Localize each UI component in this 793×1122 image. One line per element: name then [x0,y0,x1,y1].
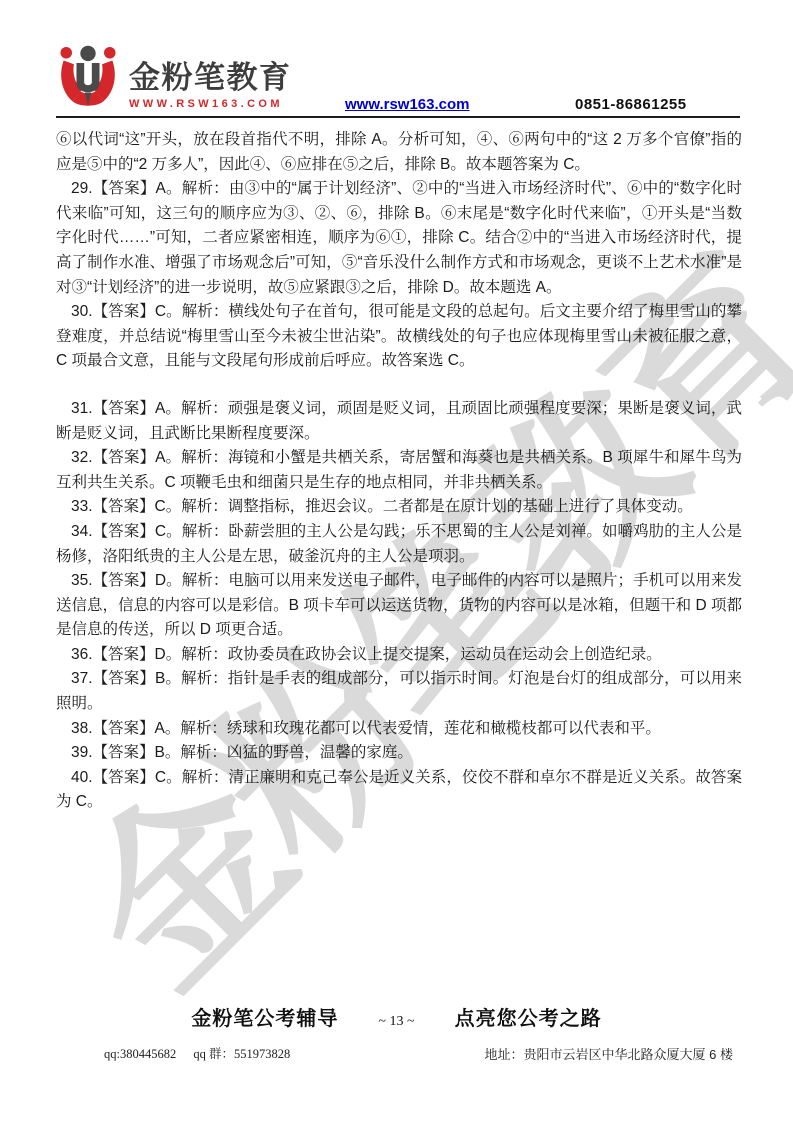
answer-explanations: ⑥以代词“这”开头，放在段首指代不明，排除 A。分析可知，④、⑥两句中的“这 2… [56,128,742,815]
footer-contact-line: qq:380445682 qq 群：551973828 地址：贵阳市云岩区中华北… [0,1044,793,1064]
qq-group-number: qq 群：551973828 [193,1047,290,1061]
paragraph-continuation: ⑥以代词“这”开头，放在段首指代不明，排除 A。分析可知，④、⑥两句中的“这 2… [56,128,742,177]
answer-item-30: 30.【答案】C。解析：横线处句子在首句，很可能是文段的总起句。后文主要介绍了梅… [56,300,742,374]
answer-item-37: 37.【答案】B。解析：指针是手表的组成部分，可以指示时间。灯泡是台灯的组成部分… [56,667,742,716]
qq-number: qq:380445682 [104,1047,176,1061]
qq-contact: qq:380445682 qq 群：551973828 [104,1044,290,1062]
header-divider [56,116,740,118]
answer-item-31: 31.【答案】A。解析：顽强是褒义词，顽固是贬义词，且顽固比顽强程度要深；果断是… [56,397,742,446]
answer-item-36: 36.【答案】D。解析：政协委员在政协会议上提交提案，运动员在运动会上创造纪录。 [56,643,742,668]
answer-item-40: 40.【答案】C。解析：清正廉明和克己奉公是近义关系，佼佼不群和卓尔不群是近义关… [56,766,742,815]
footer-slogan-right: 点亮您公考之路 [455,1002,602,1031]
footer-slogan-line: 金粉笔公考辅导 ~ 13 ~ 点亮您公考之路 [0,1002,793,1031]
page-number: ~ 13 ~ [378,1014,414,1030]
logo-site-text: WWW.RSW163.COM [129,98,292,110]
address-text: 地址：贵阳市云岩区中华北路众厦大厦 6 楼 [485,1044,733,1063]
answer-item-29: 29.【答案】A。解析：由③中的“属于计划经济”、②中的“当进入市场经济时代”、… [56,177,742,300]
phone-number: 0851-86861255 [575,96,687,113]
answer-item-35: 35.【答案】D。解析：电脑可以用来发送电子邮件，电子邮件的内容可以是照片；手机… [56,569,742,643]
answer-item-34: 34.【答案】C。解析：卧薪尝胆的主人公是勾践；乐不思蜀的主人公是刘禅。如嚼鸡肋… [56,520,742,569]
logo: 金粉笔教育 WWW.RSW163.COM [56,42,292,116]
answer-item-32: 32.【答案】A。解析：海镜和小蟹是共栖关系，寄居蟹和海葵也是共栖关系。B 项犀… [56,446,742,495]
answer-item-38: 38.【答案】A。解析：绣球和玫瑰花都可以代表爱情，莲花和橄榄枝都可以代表和平。 [56,717,742,742]
answer-item-39: 39.【答案】B。解析：凶猛的野兽，温馨的家庭。 [56,741,742,766]
footer-slogan-left: 金粉笔公考辅导 [191,1002,338,1031]
logo-text: 金粉笔教育 WWW.RSW163.COM [129,42,292,110]
answer-item-33: 33.【答案】C。解析：调整指标，推迟会议。二者都是在原计划的基础上进行了具体变… [56,495,742,520]
logo-brand-text: 金粉笔教育 [129,62,292,95]
website-link[interactable]: www.rsw163.com [345,96,470,113]
logo-emblem-icon [56,42,120,116]
document-page: 金粉笔教育 金粉笔教育 WWW.RSW163.COM www.rsw163.co… [0,0,793,1122]
